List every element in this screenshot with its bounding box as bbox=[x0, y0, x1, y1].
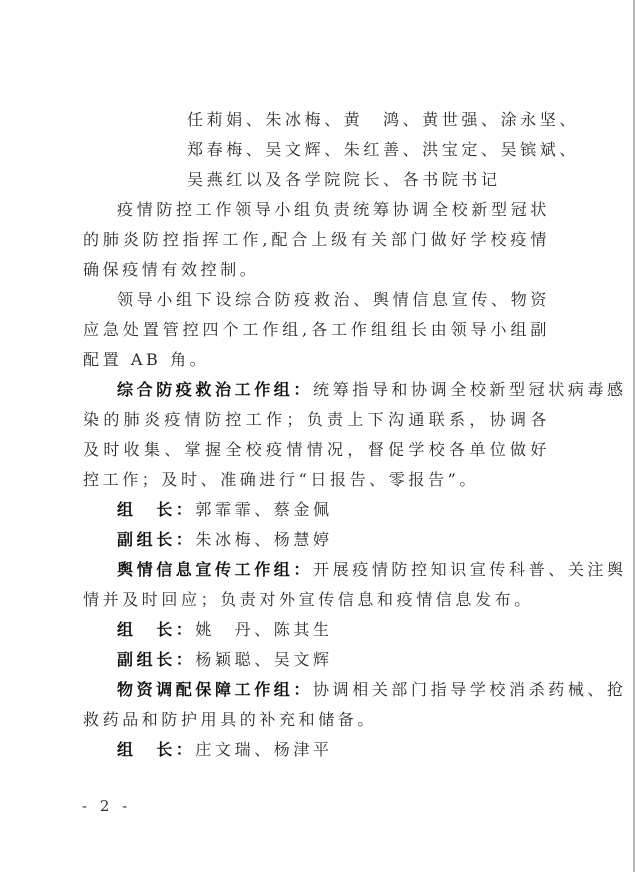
deputy-label: 副组长： bbox=[117, 530, 195, 549]
leader-line: 组 长：姚 丹、陈其生 bbox=[117, 615, 550, 645]
leader-names: 庄文瑞、杨津平 bbox=[195, 740, 332, 759]
group-description: 开展疫情防控知识宣传科普、关注舆 bbox=[313, 560, 627, 579]
group-title: 舆情信息宣传工作组： bbox=[117, 560, 313, 579]
leader-names: 姚 丹、陈其生 bbox=[195, 620, 332, 639]
paragraph-line: 染的肺炎疫情防控工作；负责上下沟通联系，协调各工作组工作； bbox=[83, 405, 550, 435]
paragraph-line: 应急处置管控四个工作组,各工作组组长由领导小组副组长兼任, bbox=[83, 315, 550, 345]
deputy-line: 副组长：朱冰梅、杨慧婷 bbox=[117, 525, 550, 555]
deputy-line: 副组长：杨颖聪、吴文辉 bbox=[117, 645, 550, 675]
leader-line: 组 长：庄文瑞、杨津平 bbox=[117, 735, 550, 765]
deputy-names: 杨颖聪、吴文辉 bbox=[195, 650, 332, 669]
leader-label: 组 长： bbox=[117, 500, 195, 519]
leader-label: 组 长： bbox=[117, 620, 195, 639]
group-heading-line: 舆情信息宣传工作组：开展疫情防控知识宣传科普、关注舆 bbox=[117, 555, 550, 585]
deputy-label: 副组长： bbox=[117, 650, 195, 669]
group-description: 协调相关部门指导学校消杀药械、抢 bbox=[313, 680, 627, 699]
paragraph-line: 配置 AB 角。 bbox=[83, 345, 550, 375]
group-heading-line: 物资调配保障工作组：协调相关部门指导学校消杀药械、抢 bbox=[117, 675, 550, 705]
group-title: 综合防疫救治工作组： bbox=[117, 380, 313, 399]
deputy-names: 朱冰梅、杨慧婷 bbox=[195, 530, 332, 549]
paragraph-line: 控工作；及时、准确进行“日报告、零报告”。 bbox=[83, 465, 550, 495]
group-heading-line: 综合防疫救治工作组：统筹指导和协调全校新型冠状病毒感 bbox=[117, 375, 550, 405]
paragraph-line: 疫情防控工作领导小组负责统筹协调全校新型冠状病毒感染 bbox=[117, 195, 550, 225]
paragraph-line: 领导小组下设综合防疫救治、舆情信息宣传、物资调配保障、 bbox=[117, 285, 550, 315]
leader-label: 组 长： bbox=[117, 740, 195, 759]
paragraph-line: 确保疫情有效控制。 bbox=[83, 255, 550, 285]
paragraph-line: 情并及时回应；负责对外宣传信息和疫情信息发布。 bbox=[83, 585, 550, 615]
document-page: 任莉娟、朱冰梅、黄 鸿、黄世强、涂永坚、 郑春梅、吴文辉、朱红善、洪宝定、吴镔斌… bbox=[0, 0, 635, 872]
member-line: 吴燕红以及各学院院长、各书院书记 bbox=[187, 165, 517, 195]
group-title: 物资调配保障工作组： bbox=[117, 680, 313, 699]
paragraph-line: 及时收集、掌握全校疫情情况，督促学校各单位做好师生疫情防 bbox=[83, 435, 550, 465]
leader-names: 郭霏霏、蔡金佩 bbox=[195, 500, 332, 519]
paragraph-line: 救药品和防护用具的补充和储备。 bbox=[83, 705, 550, 735]
paragraph-line: 的肺炎防控指挥工作,配合上级有关部门做好学校疫情防控工作, bbox=[83, 225, 550, 255]
group-description: 统筹指导和协调全校新型冠状病毒感 bbox=[313, 380, 627, 399]
page-number: - 2 - bbox=[82, 797, 131, 815]
member-line: 郑春梅、吴文辉、朱红善、洪宝定、吴镔斌、 bbox=[187, 135, 517, 165]
leader-line: 组 长：郭霏霏、蔡金佩 bbox=[117, 495, 550, 525]
member-line: 任莉娟、朱冰梅、黄 鸿、黄世强、涂永坚、 bbox=[187, 105, 517, 135]
